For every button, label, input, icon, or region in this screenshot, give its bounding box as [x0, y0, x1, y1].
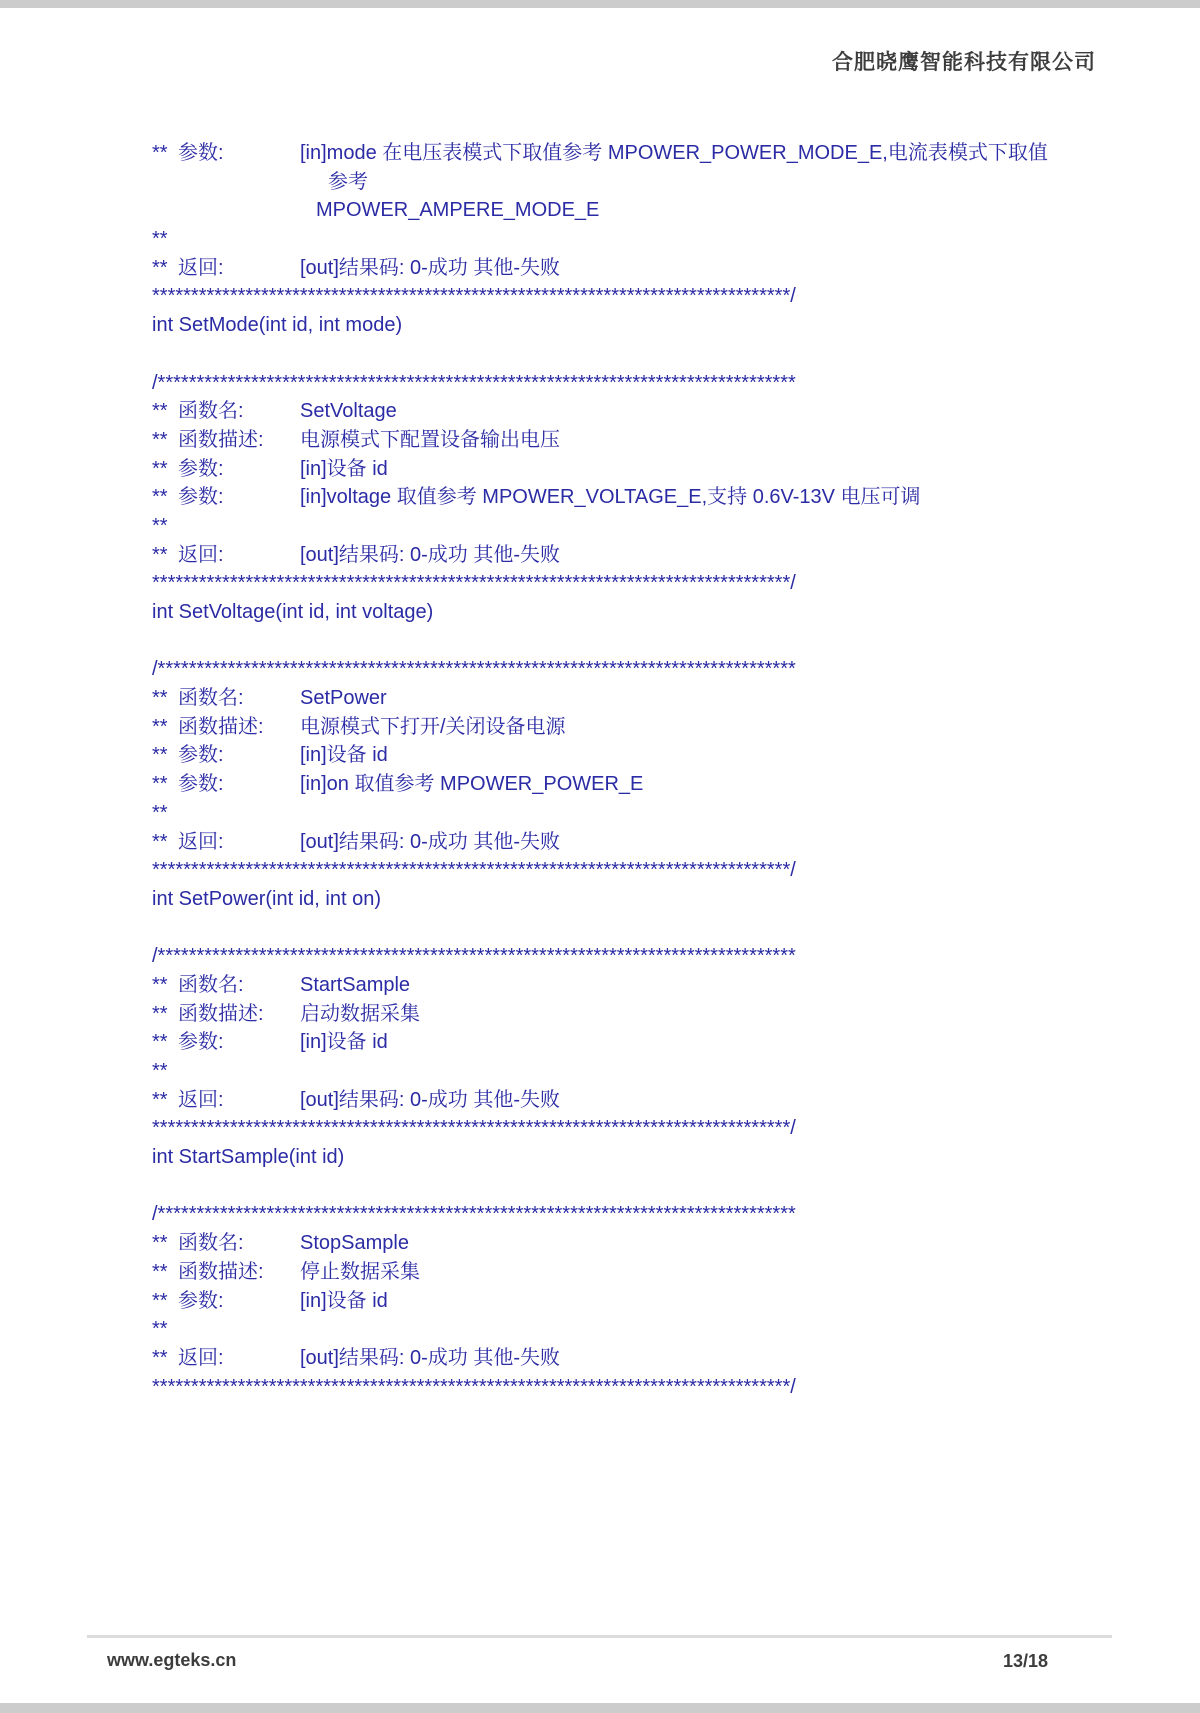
- code-line: **返回:[out]结果码: 0-成功 其他-失败: [152, 541, 1162, 570]
- field-content: SetVoltage: [300, 397, 1162, 426]
- code-line: ****************************************…: [152, 569, 1162, 598]
- code-line: **函数描述:停止数据采集: [152, 1258, 1162, 1287]
- comment-marker: **: [152, 741, 178, 770]
- comment-marker: **: [152, 770, 178, 799]
- code-line: **: [152, 512, 1162, 541]
- code-line: **返回:[out]结果码: 0-成功 其他-失败: [152, 1086, 1162, 1115]
- field-label: 参数:: [178, 483, 300, 512]
- field-label: 返回:: [178, 254, 300, 283]
- code-line: /***************************************…: [152, 1200, 1162, 1229]
- field-label: 返回:: [178, 1086, 300, 1115]
- code-line: /***************************************…: [152, 942, 1162, 971]
- comment-marker: **: [152, 1229, 178, 1258]
- comment-marker: **: [152, 1000, 178, 1029]
- field-label: 参数:: [178, 455, 300, 484]
- field-label: 返回:: [178, 828, 300, 857]
- code-line: **: [152, 1057, 1162, 1086]
- code-line: **返回:[out]结果码: 0-成功 其他-失败: [152, 1344, 1162, 1373]
- footer-divider: [87, 1635, 1112, 1638]
- field-label: 函数名:: [178, 684, 300, 713]
- field-content: StopSample: [300, 1229, 1162, 1258]
- code-line: ****************************************…: [152, 1373, 1162, 1402]
- field-content: 电源模式下打开/关闭设备电源: [300, 713, 1162, 742]
- field-label: 函数名:: [178, 971, 300, 1000]
- code-line: **参数:[in]on 取值参考 MPOWER_POWER_E: [152, 770, 1162, 799]
- comment-marker: **: [152, 684, 178, 713]
- code-line: int SetVoltage(int id, int voltage): [152, 598, 1162, 627]
- company-name: 合肥晓鹰智能科技有限公司: [832, 46, 1096, 76]
- comment-marker: **: [152, 713, 178, 742]
- comment-marker: **: [152, 541, 178, 570]
- comment-marker: **: [152, 455, 178, 484]
- field-label: 参数:: [178, 770, 300, 799]
- code-line: **函数描述:电源模式下配置设备输出电压: [152, 426, 1162, 455]
- field-content: [in]设备 id: [300, 741, 1162, 770]
- comment-marker: **: [152, 971, 178, 1000]
- field-content: 停止数据采集: [300, 1258, 1162, 1287]
- field-content: StartSample: [300, 971, 1162, 1000]
- document-body: **参数:[in]mode 在电压表模式下取值参考 MPOWER_POWER_M…: [152, 139, 1162, 1401]
- code-line: **返回:[out]结果码: 0-成功 其他-失败: [152, 828, 1162, 857]
- top-bar: [0, 0, 1200, 8]
- field-content: [in]设备 id: [300, 1028, 1162, 1057]
- field-label: 函数描述:: [178, 1258, 300, 1287]
- code-line: **函数名:SetPower: [152, 684, 1162, 713]
- field-label: 返回:: [178, 1344, 300, 1373]
- code-line: **参数:[in]voltage 取值参考 MPOWER_VOLTAGE_E,支…: [152, 483, 1162, 512]
- code-line: MPOWER_AMPERE_MODE_E: [152, 196, 1162, 225]
- field-content: [out]结果码: 0-成功 其他-失败: [300, 1344, 1162, 1373]
- comment-marker: **: [152, 254, 178, 283]
- footer-website: www.egteks.cn: [107, 1650, 236, 1671]
- code-line: ****************************************…: [152, 856, 1162, 885]
- code-line: 参考: [152, 168, 1162, 197]
- comment-marker: **: [152, 1258, 178, 1287]
- comment-marker: **: [152, 1028, 178, 1057]
- code-line: **函数名:StopSample: [152, 1229, 1162, 1258]
- field-content: 电源模式下配置设备输出电压: [300, 426, 1162, 455]
- code-line: **参数:[in]设备 id: [152, 1028, 1162, 1057]
- field-label: 返回:: [178, 541, 300, 570]
- field-content: [in]mode 在电压表模式下取值参考 MPOWER_POWER_MODE_E…: [300, 139, 1162, 168]
- field-label: 函数名:: [178, 1229, 300, 1258]
- comment-marker: **: [152, 139, 178, 168]
- code-line: [152, 627, 1162, 656]
- comment-marker: **: [152, 828, 178, 857]
- field-label: 函数名:: [178, 397, 300, 426]
- field-content: [out]结果码: 0-成功 其他-失败: [300, 1086, 1162, 1115]
- field-label: 函数描述:: [178, 713, 300, 742]
- bottom-bar: [0, 1703, 1200, 1713]
- code-line: /***************************************…: [152, 655, 1162, 684]
- field-content: [in]on 取值参考 MPOWER_POWER_E: [300, 770, 1162, 799]
- field-content: SetPower: [300, 684, 1162, 713]
- field-label: 函数描述:: [178, 426, 300, 455]
- field-content: [in]voltage 取值参考 MPOWER_VOLTAGE_E,支持 0.6…: [300, 483, 1162, 512]
- code-line: **: [152, 225, 1162, 254]
- comment-marker: **: [152, 1086, 178, 1115]
- code-line: int StartSample(int id): [152, 1143, 1162, 1172]
- field-label: 参数:: [178, 139, 300, 168]
- comment-marker: **: [152, 397, 178, 426]
- comment-marker: **: [152, 426, 178, 455]
- code-line: ****************************************…: [152, 1114, 1162, 1143]
- code-line: **: [152, 1315, 1162, 1344]
- code-line: **参数:[in]设备 id: [152, 741, 1162, 770]
- field-content: [out]结果码: 0-成功 其他-失败: [300, 828, 1162, 857]
- field-content: [out]结果码: 0-成功 其他-失败: [300, 541, 1162, 570]
- comment-marker: **: [152, 1344, 178, 1373]
- code-line: [152, 340, 1162, 369]
- comment-marker: **: [152, 483, 178, 512]
- field-label: 参数:: [178, 1287, 300, 1316]
- code-line: **参数:[in]设备 id: [152, 1287, 1162, 1316]
- comment-marker: **: [152, 1287, 178, 1316]
- code-line: **参数:[in]mode 在电压表模式下取值参考 MPOWER_POWER_M…: [152, 139, 1162, 168]
- field-label: 函数描述:: [178, 1000, 300, 1029]
- field-content: 启动数据采集: [300, 1000, 1162, 1029]
- code-line: **函数描述:电源模式下打开/关闭设备电源: [152, 713, 1162, 742]
- field-content: [in]设备 id: [300, 1287, 1162, 1316]
- code-line: **函数描述:启动数据采集: [152, 1000, 1162, 1029]
- code-line: **返回:[out]结果码: 0-成功 其他-失败: [152, 254, 1162, 283]
- field-label: 参数:: [178, 1028, 300, 1057]
- code-line: /***************************************…: [152, 369, 1162, 398]
- code-line: int SetMode(int id, int mode): [152, 311, 1162, 340]
- code-line: **函数名:SetVoltage: [152, 397, 1162, 426]
- document-page: 合肥晓鹰智能科技有限公司 **参数:[in]mode 在电压表模式下取值参考 M…: [0, 0, 1200, 1713]
- code-line: ****************************************…: [152, 282, 1162, 311]
- code-line: [152, 1172, 1162, 1201]
- code-line: int SetPower(int id, int on): [152, 885, 1162, 914]
- code-line: **函数名:StartSample: [152, 971, 1162, 1000]
- code-line: **: [152, 799, 1162, 828]
- code-line: [152, 914, 1162, 943]
- code-line: **参数:[in]设备 id: [152, 455, 1162, 484]
- page-number: 13/18: [1003, 1651, 1048, 1672]
- field-label: 参数:: [178, 741, 300, 770]
- field-content: [out]结果码: 0-成功 其他-失败: [300, 254, 1162, 283]
- field-content: [in]设备 id: [300, 455, 1162, 484]
